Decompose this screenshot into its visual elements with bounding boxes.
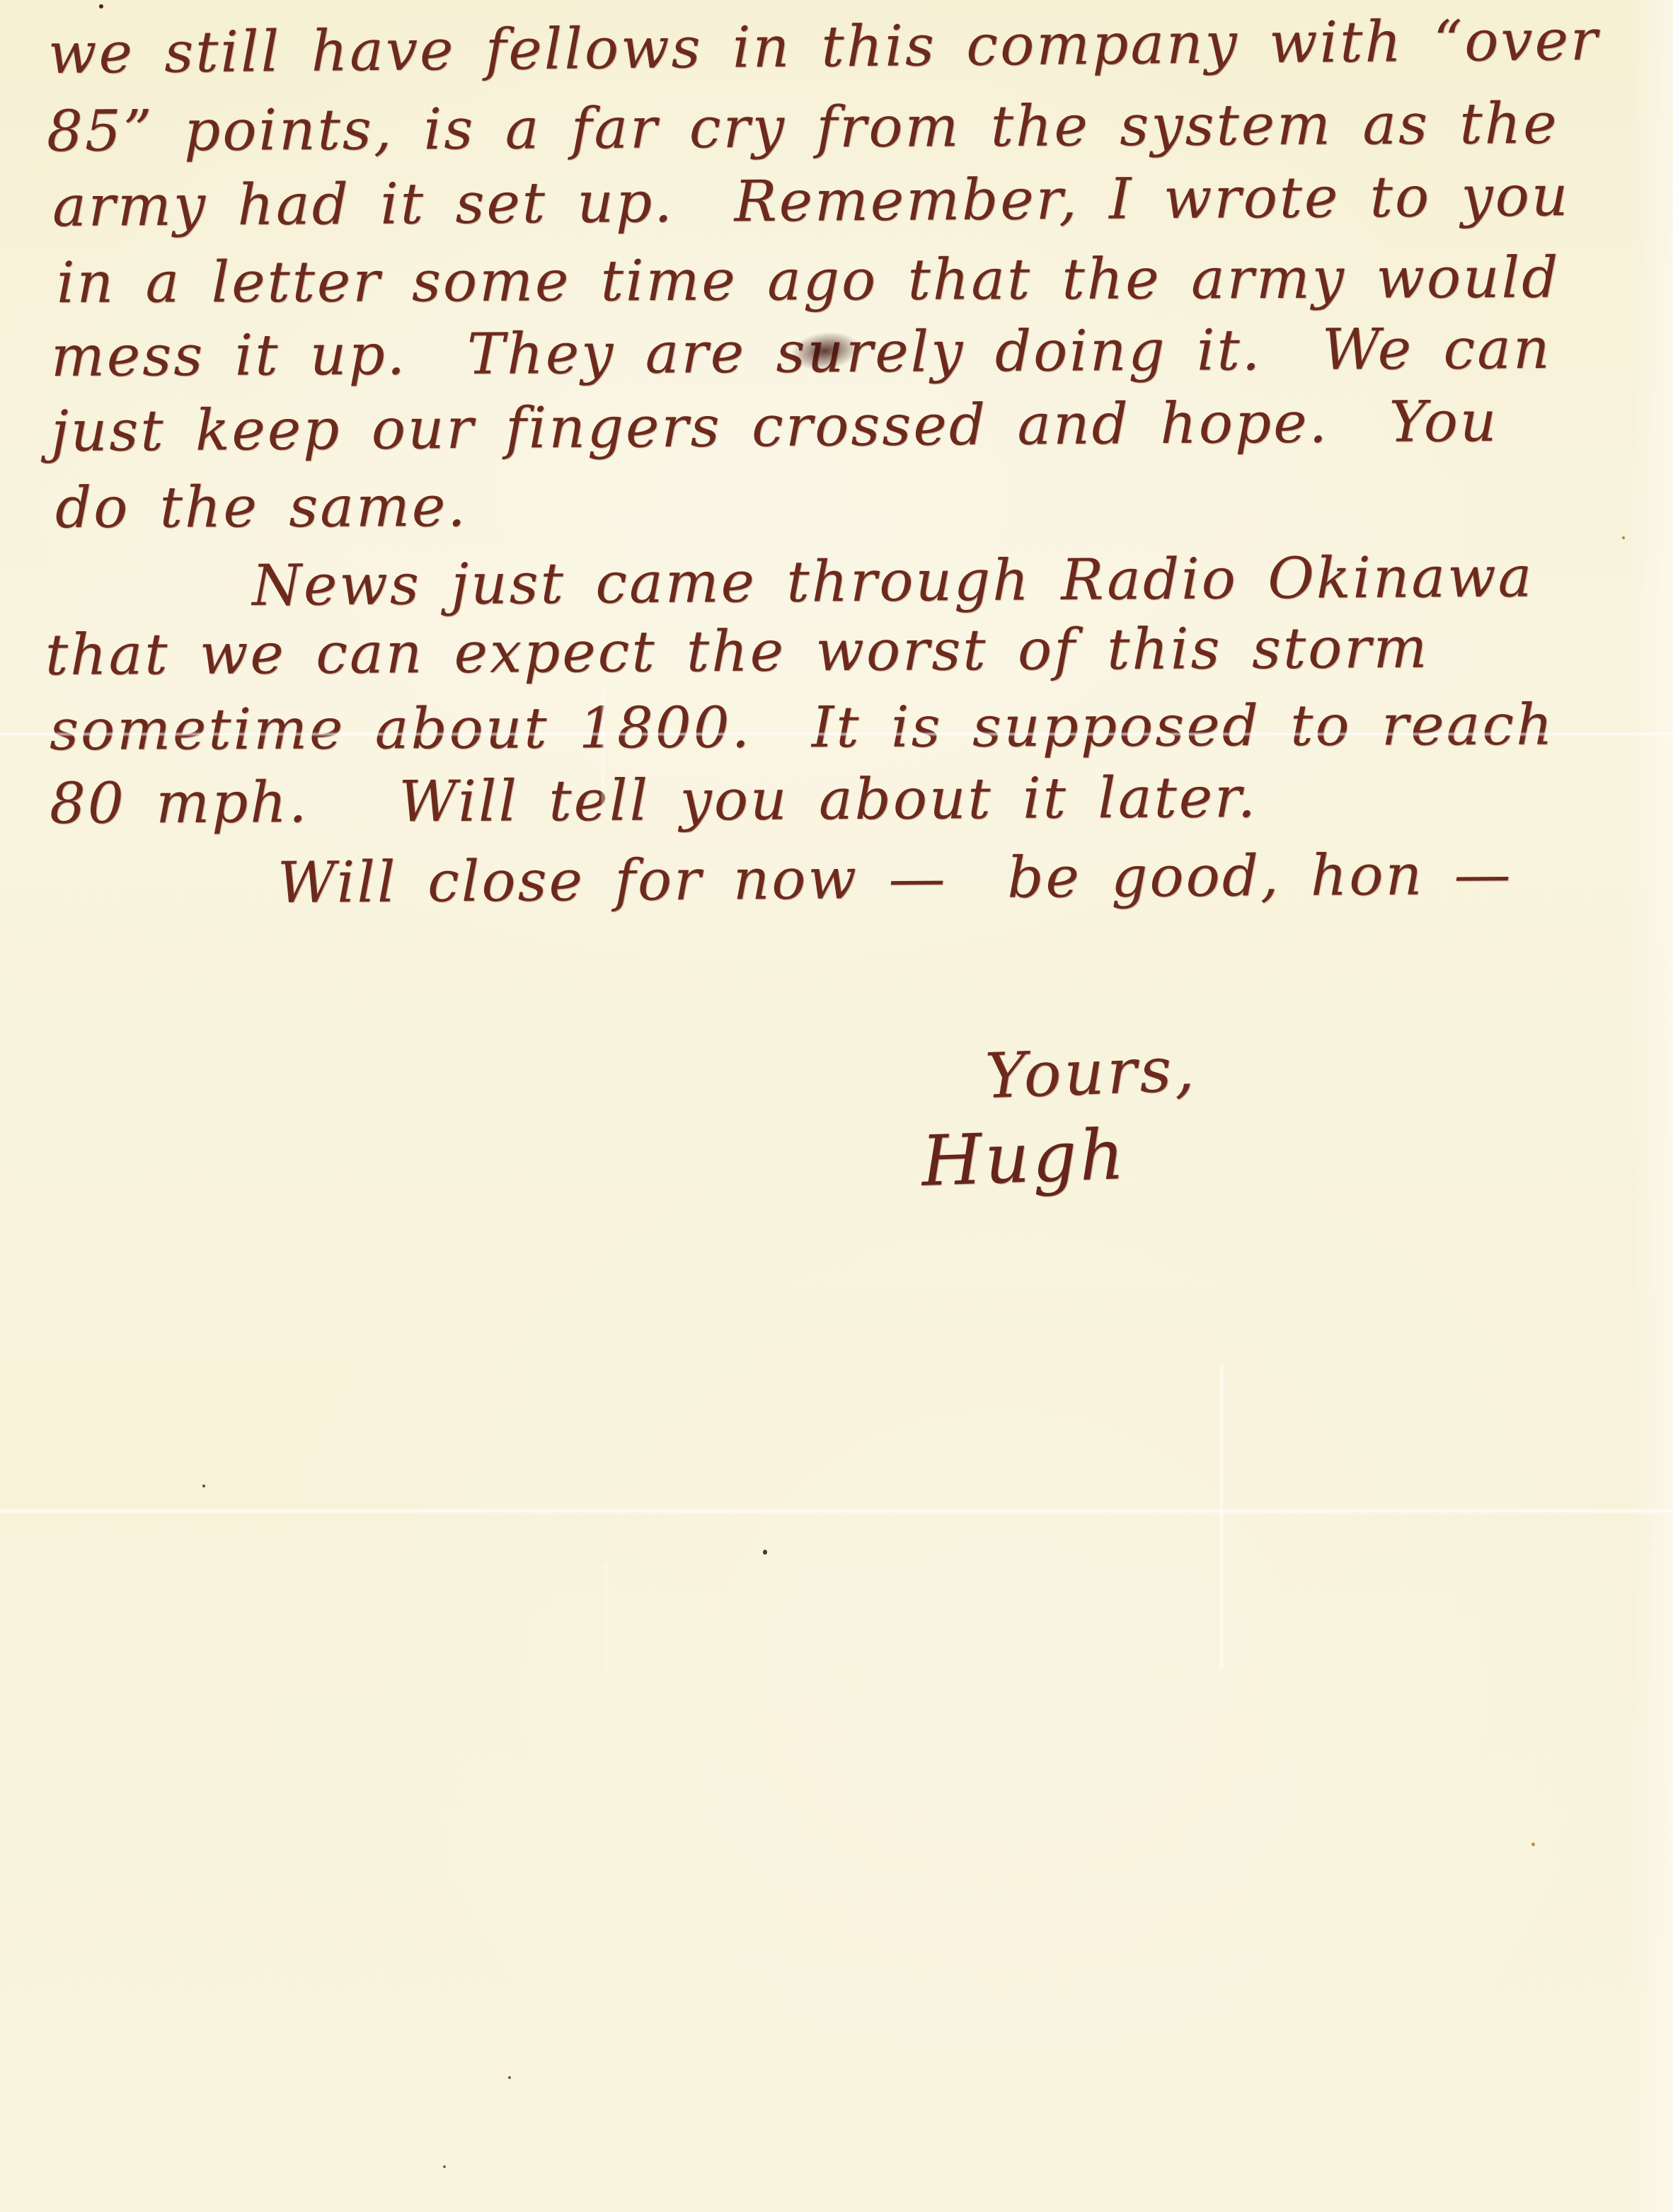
handwriting-line: that we can expect the worst of this sto…	[45, 620, 1430, 684]
closing-text: Yours,	[984, 1038, 1198, 1107]
paper-speck	[443, 2165, 446, 2168]
handwriting-line: do the same.	[55, 478, 468, 536]
handwriting-line: News just came through Radio Okinawa	[252, 548, 1534, 614]
letter-page: we still have fellows in this company wi…	[0, 0, 1673, 2212]
signature-text: Hugh	[920, 1120, 1128, 1197]
paper-speck	[99, 4, 103, 8]
handwriting-line: in a letter some time ago that the army …	[57, 250, 1560, 311]
handwriting-line: sometime about 1800. It is supposed to r…	[50, 697, 1555, 759]
fold-crease-vertical	[1219, 1364, 1224, 1669]
paper-speck	[508, 2076, 511, 2079]
handwriting-line: army had it set up. Remember, I wrote to…	[52, 168, 1570, 235]
handwriting-line: 85” points, is a far cry from the system…	[47, 96, 1559, 160]
paper-speck	[1622, 536, 1625, 539]
paper-speck	[763, 1550, 767, 1555]
fold-crease-vertical-faint-lower	[603, 1564, 609, 1670]
handwriting-line: 80 mph. Will tell you about it later.	[50, 769, 1258, 832]
paper-speck	[202, 1485, 205, 1487]
paper-speck	[1531, 1843, 1535, 1846]
handwriting-line: we still have fellows in this company wi…	[48, 12, 1600, 82]
handwriting-line: Will close for now — be good, hon —	[277, 846, 1513, 911]
handwriting-line: just keep our fingers crossed and hope. …	[51, 393, 1499, 460]
fold-crease-horizontal-lower	[0, 1509, 1673, 1514]
